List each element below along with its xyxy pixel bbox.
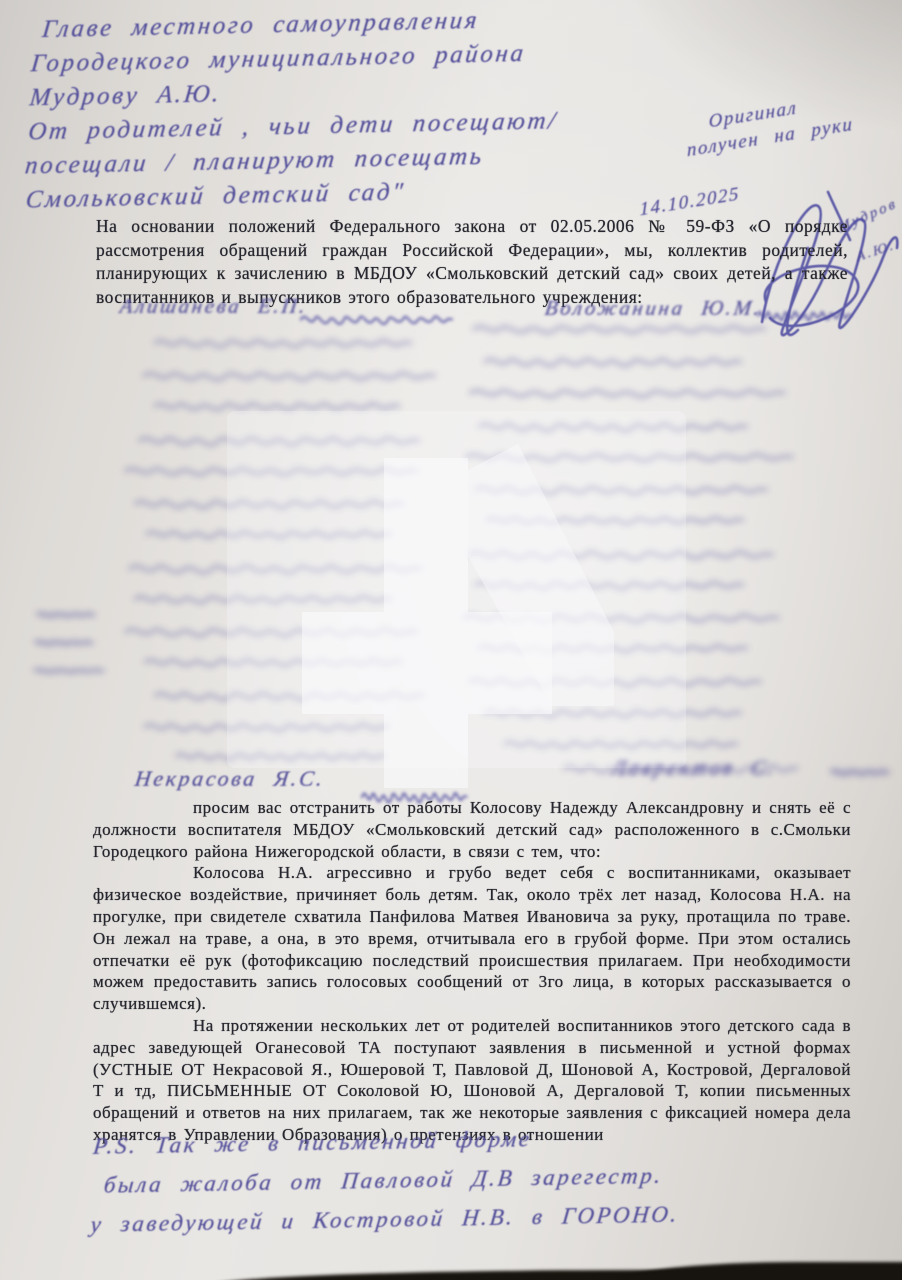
received-note-date: 14.10.2025	[639, 162, 862, 222]
signature-name: Алишанева Е.П.	[118, 294, 308, 319]
ps-handwritten-block: P.S. Так же в письменной форме была жало…	[89, 1117, 679, 1244]
typed-body: просим вас отстранить от работы Колосову…	[93, 797, 851, 1146]
typed-demand-paragraph: просим вас отстранить от работы Колосову…	[93, 797, 851, 862]
received-signee-initials: А.Ю.	[855, 238, 897, 266]
signature-name: Лаврентов С.	[610, 756, 777, 781]
header-address-block: Главе местного самоуправления Городецког…	[22, 2, 560, 217]
signature-name: Воложанина Ю.М.	[543, 296, 763, 321]
scanned-petition-page: Главе местного самоуправления Городецког…	[0, 0, 902, 1280]
photo-bottom-shadow	[620, 1262, 902, 1280]
original-received-note: Оригинал получен на руки 14.10.2025	[681, 87, 863, 213]
typed-incident-paragraph: Колосова Н.А. агрессивно и грубо ведет с…	[93, 862, 851, 1015]
signature-name: Некрасова Я.С.	[133, 766, 326, 792]
